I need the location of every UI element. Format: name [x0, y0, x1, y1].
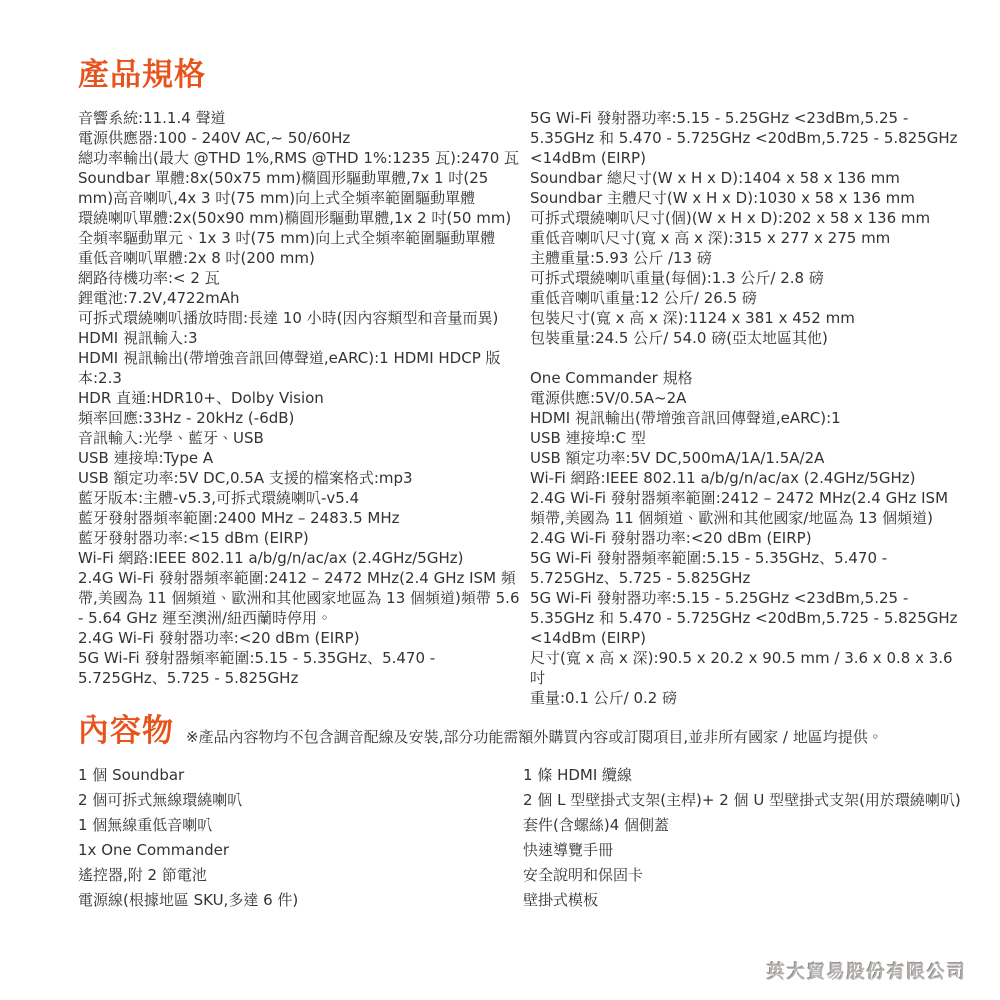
spec-line: 藍牙發射器頻率範圍:2400 MHz – 2483.5 MHz: [78, 508, 520, 528]
spec-section-title: 產品規格: [78, 58, 206, 94]
contents-header: 內容物 ※產品內容物均不包含調音配線及安裝,部分功能需額外購買內容或訂閱項目,並…: [78, 714, 968, 750]
spec-line: 鋰電池:7.2V,4722mAh: [78, 288, 520, 308]
spec-line: 環繞喇叭單體:2x(50x90 mm)橢圓形驅動單體,1x 2 吋(50 mm)…: [78, 208, 520, 248]
spec-line: 尺寸(寬 x 高 x 深):90.5 x 20.2 x 90.5 mm / 3.…: [530, 648, 967, 688]
spec-line: 2.4G Wi-Fi 發射器功率:<20 dBm (EIRP): [530, 528, 967, 548]
spec-line: 藍牙版本:主體-v5.3,可拆式環繞喇叭-v5.4: [78, 488, 520, 508]
spec-line: 包裝重量:24.5 公斤/ 54.0 磅(亞太地區其他): [530, 328, 967, 348]
spec-line: USB 額定功率:5V DC,500mA/1A/1.5A/2A: [530, 448, 967, 468]
content-line: 1 條 HDMI 纜線: [523, 763, 971, 788]
spec-line: HDR 直通:HDR10+、Dolby Vision: [78, 388, 520, 408]
content-line: 電源線(根據地區 SKU,多達 6 件): [78, 888, 520, 913]
spec-line: 頻率回應:33Hz - 20kHz (-6dB): [78, 408, 520, 428]
contents-column-right: 1 條 HDMI 纜線2 個 L 型壁掛式支架(主桿)+ 2 個 U 型壁掛式支…: [523, 763, 971, 913]
spec-column-left: 音響系統:11.1.4 聲道電源供應器:100 - 240V AC,~ 50/6…: [78, 108, 520, 688]
spec-line: 總功率輸出(最大 @THD 1%,RMS @THD 1%:1235 瓦):247…: [78, 148, 520, 168]
spec-line: HDMI 視訊輸出(帶增強音訊回傳聲道,eARC):1: [530, 408, 967, 428]
content-line: 1x One Commander: [78, 838, 520, 863]
contents-column-left: 1 個 Soundbar2 個可拆式無線環繞喇叭1 個無線重低音喇叭1x One…: [78, 763, 520, 913]
spec-column-right: 5G Wi-Fi 發射器功率:5.15 - 5.25GHz <23dBm,5.2…: [530, 108, 967, 708]
spec-line: 音響系統:11.1.4 聲道: [78, 108, 520, 128]
content-line: 壁掛式模板: [523, 888, 971, 913]
content-line: 2 個 L 型壁掛式支架(主桿)+ 2 個 U 型壁掛式支架(用於環繞喇叭)套件…: [523, 788, 971, 838]
spec-line: Wi-Fi 網路:IEEE 802.11 a/b/g/n/ac/ax (2.4G…: [78, 548, 520, 568]
spec-line: 5G Wi-Fi 發射器頻率範圍:5.15 - 5.35GHz、5.470 - …: [78, 648, 520, 688]
spec-line: 電源供應器:100 - 240V AC,~ 50/60Hz: [78, 128, 520, 148]
spec-line: 2.4G Wi-Fi 發射器頻率範圍:2412 – 2472 MHz(2.4 G…: [530, 488, 967, 528]
spec-line: HDMI 視訊輸出(帶增強音訊回傳聲道,eARC):1 HDMI HDCP 版本…: [78, 348, 520, 388]
company-watermark: 英大貿易股份有限公司: [767, 958, 967, 984]
spec-line: 可拆式環繞喇叭播放時間:長達 10 小時(因內容類型和音量而異): [78, 308, 520, 328]
spec-line: 重低音喇叭重量:12 公斤/ 26.5 磅: [530, 288, 967, 308]
spec-line: Soundbar 總尺寸(W x H x D):1404 x 58 x 136 …: [530, 168, 967, 188]
spec-line: 5G Wi-Fi 發射器功率:5.15 - 5.25GHz <23dBm,5.2…: [530, 108, 967, 168]
spec-line: 包裝尺寸(寬 x 高 x 深):1124 x 381 x 452 mm: [530, 308, 967, 328]
spec-line: Soundbar 單體:8x(50x75 mm)橢圓形驅動單體,7x 1 吋(2…: [78, 168, 520, 208]
spec-line: 重低音喇叭尺寸(寬 x 高 x 深):315 x 277 x 275 mm: [530, 228, 967, 248]
spec-line: 主體重量:5.93 公斤 /13 磅: [530, 248, 967, 268]
contents-note: ※產品內容物均不包含調音配線及安裝,部分功能需額外購買內容或訂閱項目,並非所有國…: [186, 727, 968, 750]
contents-section-title: 內容物: [78, 714, 174, 750]
spec-line: Soundbar 主體尺寸(W x H x D):1030 x 58 x 136…: [530, 188, 967, 208]
spec-line: Wi-Fi 網路:IEEE 802.11 a/b/g/n/ac/ax (2.4G…: [530, 468, 967, 488]
spec-line: 2.4G Wi-Fi 發射器頻率範圍:2412 – 2472 MHz(2.4 G…: [78, 568, 520, 628]
one-commander-heading: One Commander 規格: [530, 368, 967, 388]
content-line: 1 個無線重低音喇叭: [78, 813, 520, 838]
one-commander-group: 電源供應:5V/0.5A~2AHDMI 視訊輸出(帶增強音訊回傳聲道,eARC)…: [530, 388, 967, 708]
spec-line: 藍牙發射器功率:<15 dBm (EIRP): [78, 528, 520, 548]
spec-line: USB 連接埠:C 型: [530, 428, 967, 448]
spec-line: 可拆式環繞喇叭尺寸(個)(W x H x D):202 x 58 x 136 m…: [530, 208, 967, 228]
spec-line: 重量:0.1 公斤/ 0.2 磅: [530, 688, 967, 708]
spec-right-main-group: 5G Wi-Fi 發射器功率:5.15 - 5.25GHz <23dBm,5.2…: [530, 108, 967, 348]
spec-line: 可拆式環繞喇叭重量(每個):1.3 公斤/ 2.8 磅: [530, 268, 967, 288]
spec-line: 5G Wi-Fi 發射器頻率範圍:5.15 - 5.35GHz、5.470 - …: [530, 548, 967, 588]
spec-line: 電源供應:5V/0.5A~2A: [530, 388, 967, 408]
content-line: 快速導覽手冊: [523, 838, 971, 863]
spec-line: USB 額定功率:5V DC,0.5A 支援的檔案格式:mp3: [78, 468, 520, 488]
content-line: 2 個可拆式無線環繞喇叭: [78, 788, 520, 813]
spec-line: 音訊輸入:光學、藍牙、USB: [78, 428, 520, 448]
content-line: 遙控器,附 2 節電池: [78, 863, 520, 888]
spec-line: USB 連接埠:Type A: [78, 448, 520, 468]
spec-line: HDMI 視訊輸入:3: [78, 328, 520, 348]
spec-line: 2.4G Wi-Fi 發射器功率:<20 dBm (EIRP): [78, 628, 520, 648]
content-line: 安全說明和保固卡: [523, 863, 971, 888]
spec-sheet-page: 產品規格 音響系統:11.1.4 聲道電源供應器:100 - 240V AC,~…: [0, 0, 1000, 1000]
spec-line: 重低音喇叭單體:2x 8 吋(200 mm): [78, 248, 520, 268]
content-line: 1 個 Soundbar: [78, 763, 520, 788]
spec-line: 5G Wi-Fi 發射器功率:5.15 - 5.25GHz <23dBm,5.2…: [530, 588, 967, 648]
spec-line: 網路待機功率:< 2 瓦: [78, 268, 520, 288]
